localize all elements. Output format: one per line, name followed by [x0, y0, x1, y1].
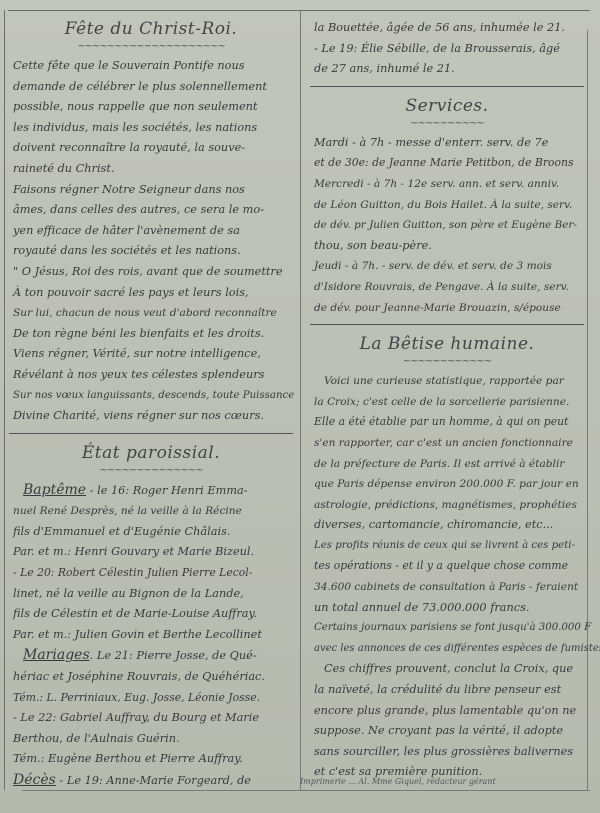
text-line: astrologie, prédictions, magnétismes, pr… — [306, 495, 588, 516]
bottom-rule — [22, 790, 590, 791]
text-line: Cette fête que le Souverain Pontife nous — [5, 56, 297, 77]
section-title-fete: Fête du Christ-Roi. — [5, 18, 297, 40]
text-line: et de 30e: de Jeanne Marie Petitbon, de … — [306, 153, 588, 174]
text-line: tes opérations - et il y a quelque chose… — [306, 556, 588, 577]
deces-continued: la Bouettée, âgée de 56 ans, inhumée le … — [306, 18, 588, 80]
poem-line: Révélant à nos yeux tes célestes splende… — [5, 365, 297, 386]
newsletter-page: Fête du Christ-Roi. ~~~~~~~~~~~~~~~~~~~~… — [0, 0, 600, 813]
text-line: demande de célébrer le plus solennelleme… — [5, 77, 297, 98]
poem-line: Sur lui, chacun de nous veut d'abord rec… — [5, 303, 297, 324]
text-line: doivent reconnaître la royauté, la souve… — [5, 138, 297, 159]
text-line: de 27 ans, inhumé le 21. — [306, 59, 588, 80]
poem-line: Divine Charité, viens régner sur nos cœu… — [5, 406, 297, 427]
poem-line: À ton pouvoir sacré les pays et leurs lo… — [5, 283, 297, 304]
section-title-etat: État paroissial. — [5, 442, 297, 464]
ornament-divider: ~~~~~~~~~~~~~~~~~~~~ — [5, 42, 297, 52]
text-line: raineté du Christ. — [5, 159, 297, 180]
text-line: de Léon Guitton, du Bois Hailet. À la su… — [306, 195, 588, 216]
text-line: s'en rapporter, car c'est un ancien fonc… — [306, 433, 588, 454]
mariages-label: Mariages — [23, 647, 90, 663]
text-line: suppose. Ne croyant pas la vérité, il ad… — [306, 721, 588, 742]
text-line: Berthou, de l'Aulnais Guérin. — [5, 729, 297, 750]
bapteme-label: Baptême — [23, 482, 86, 498]
etat-paroissial: Baptême - le 16: Roger Henri Emma- nuel … — [5, 480, 297, 792]
text-line: Mardi - à 7h - messe d'enterr. serv. de … — [306, 133, 588, 154]
text-span: - le 16: Roger Henri Emma- — [86, 484, 248, 497]
text-line: un total annuel de 73.000.000 francs. — [306, 598, 588, 619]
text-span: - Le 19: Anne-Marie Forgeard, de — [56, 774, 251, 787]
fete-poem: " O Jésus, Roi des rois, avant que de so… — [5, 262, 297, 427]
right-column: la Bouettée, âgée de 56 ans, inhumée le … — [306, 10, 588, 783]
text-line: Voici une curieuse statistique, rapporté… — [306, 371, 588, 392]
text-line: Elle a été établie par un homme, à qui o… — [306, 412, 588, 433]
deces-label: Décès — [13, 772, 56, 788]
text-line: que Paris dépense environ 200.000 F. par… — [306, 474, 588, 495]
text-line: sans sourciller, les plus grossières bal… — [306, 742, 588, 763]
text-line: Tém.: L. Perriniaux, Eug. Josse, Léonie … — [5, 688, 297, 709]
section-title-services: Services. — [306, 95, 588, 117]
text-line: âmes, dans celles des autres, ce sera le… — [5, 200, 297, 221]
poem-line: " O Jésus, Roi des rois, avant que de so… — [5, 262, 297, 283]
text-line: Par. et m.: Julien Govin et Berthe Lecol… — [5, 625, 297, 646]
section-title-betise: La Bêtise humaine. — [306, 333, 588, 355]
text-line: d'Isidore Rouvrais, de Pengave. À la sui… — [306, 277, 588, 298]
column-divider — [300, 10, 301, 790]
poem-line: Sur nos vœux languissants, descends, tou… — [5, 386, 297, 407]
text-line: yen efficace de hâter l'avènement de sa — [5, 221, 297, 242]
text-line: encore plus grande, plus lamentable qu'o… — [306, 701, 588, 722]
section-rule — [310, 86, 584, 87]
ornament-divider: ~~~~~~~~~~~~ — [306, 357, 588, 367]
betise-article: Voici une curieuse statistique, rapporté… — [306, 371, 588, 783]
text-line: hériac et Joséphine Rouvrais, de Quéhéri… — [5, 667, 297, 688]
text-line: de dév. pour Jeanne-Marie Brouazin, s/ép… — [306, 298, 588, 319]
fete-paragraph-1: Cette fête que le Souverain Pontife nous… — [5, 56, 297, 180]
left-column: Fête du Christ-Roi. ~~~~~~~~~~~~~~~~~~~~… — [4, 10, 297, 790]
text-line: Ces chiffres prouvent, conclut la Croix,… — [306, 659, 588, 680]
text-span: . Le 21: Pierre Josse, de Qué- — [90, 649, 257, 662]
text-line: linet, né la veille au Bignon de la Land… — [5, 584, 297, 605]
text-line: fils de Célestin et de Marie-Louise Auff… — [5, 604, 297, 625]
text-line: nuel René Desprès, né la veille à la Réc… — [5, 501, 297, 522]
poem-line: Viens régner, Vérité, sur notre intellig… — [5, 344, 297, 365]
text-line: de dév. pr Julien Guitton, son père et E… — [306, 215, 588, 236]
text-line: Mercredi - à 7h - 12e serv. ann. et serv… — [306, 174, 588, 195]
services-list: Mardi - à 7h - messe d'enterr. serv. de … — [306, 133, 588, 318]
text-line: diverses, cartomancie, chiromancie, etc.… — [306, 515, 588, 536]
section-rule — [9, 433, 293, 434]
text-line: Certains journaux parisiens se font jusq… — [306, 618, 588, 639]
mariages-line: Mariages. Le 21: Pierre Josse, de Qué- — [5, 645, 297, 667]
text-line: la naïveté, la crédulité du libre penseu… — [306, 680, 588, 701]
text-line: - Le 20: Robert Célestin Julien Pierre L… — [5, 563, 297, 584]
text-line: de la préfecture de Paris. Il est arrivé… — [306, 454, 588, 475]
deces-line: Décès - Le 19: Anne-Marie Forgeard, de — [5, 770, 297, 792]
section-rule — [310, 324, 584, 325]
text-line: fils d'Emmanuel et d'Eugénie Châlais. — [5, 522, 297, 543]
ornament-divider: ~~~~~~~~~~~~~~ — [5, 466, 297, 476]
text-line: possible, nous rappelle que non seulemen… — [5, 97, 297, 118]
poem-line: De ton règne béni les bienfaits et les d… — [5, 324, 297, 345]
fete-paragraph-2: Faisons régner Notre Seigneur dans nos â… — [5, 180, 297, 262]
text-line: Tém.: Eugène Berthou et Pierre Auffray. — [5, 749, 297, 770]
text-line: royauté dans les sociétés et les nations… — [5, 241, 297, 262]
text-line: Par. et m.: Henri Gouvary et Marie Bizeu… — [5, 542, 297, 563]
text-line: - Le 19: Élie Sébille, de la Brousserais… — [306, 39, 588, 60]
text-line: Faisons régner Notre Seigneur dans nos — [5, 180, 297, 201]
ornament-divider: ~~~~~~~~~~ — [306, 119, 588, 129]
text-line: - Le 22: Gabriel Auffray, du Bourg et Ma… — [5, 708, 297, 729]
bapteme-line: Baptême - le 16: Roger Henri Emma- — [5, 480, 297, 502]
text-line: les individus, mais les sociétés, les na… — [5, 118, 297, 139]
text-line: 34.600 cabinets de consultation à Paris … — [306, 577, 588, 598]
text-line: la Bouettée, âgée de 56 ans, inhumée le … — [306, 18, 588, 39]
text-line: Jeudi - à 7h. - serv. de dév. et serv. d… — [306, 256, 588, 277]
printer-footer: Imprimerie ... Al. Mme Giquel, rédacteur… — [300, 777, 496, 786]
text-line: thou, son beau-père. — [306, 236, 588, 257]
text-line: Les profits réunis de ceux qui se livren… — [306, 536, 588, 557]
text-line: avec les annonces de ces différentes esp… — [306, 639, 588, 660]
text-line: la Croix; c'est celle de la sorcellerie … — [306, 392, 588, 413]
